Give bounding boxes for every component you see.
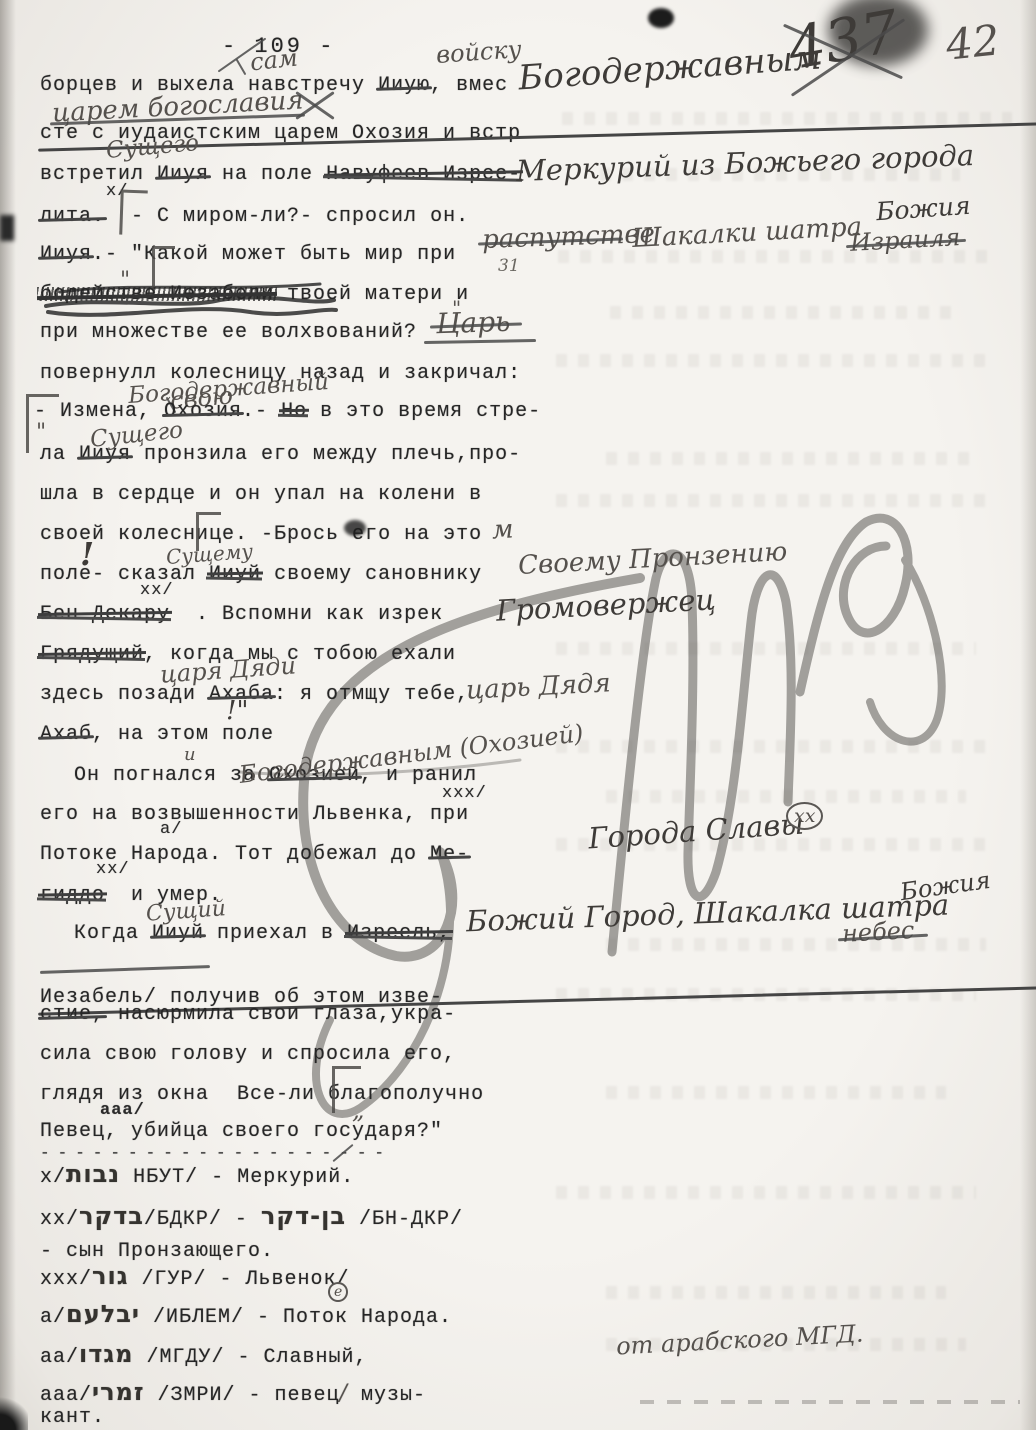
typed-text: , на этом поле [92, 723, 274, 746]
typed-text: : я отмщу тебе, [274, 683, 469, 706]
footnote-line: х/נבות НБУТ/ - Меркурий. [40, 1160, 354, 1189]
struck-word: Изреель, [347, 922, 451, 945]
typed-line: здесь позади Ахаба: я отмщу тебе, [40, 683, 469, 706]
handwritten-slash: / [340, 1381, 348, 1406]
struck-word: Ииуя [40, 243, 92, 266]
struck-word: Ииуй [209, 563, 261, 586]
edge-ink-mark [0, 215, 14, 241]
typed-text: при множестве ее волхвований? [40, 321, 417, 344]
bleedthrough-line [556, 1186, 976, 1199]
typed-line: бодействе Иезабели твоей матери и [40, 283, 469, 306]
bleedthrough-line [556, 642, 976, 655]
hebrew-word: מגדו [79, 1340, 133, 1368]
bleedthrough-line [606, 938, 986, 951]
typed-line: стие, насюрмила свои глаза,укра- [40, 1003, 456, 1026]
bleedthrough-line [556, 494, 996, 507]
hebrew-word: זמרי [92, 1378, 145, 1406]
handwritten-insert: сам [249, 44, 299, 77]
scan-edge-right [1020, 0, 1036, 1430]
footnote-mark: ххх/ [40, 1268, 92, 1291]
underline-stroke [424, 339, 536, 344]
typed-text: приехал в [204, 922, 347, 945]
struck-word: Ме- [430, 843, 469, 866]
handwritten-correction: Божия [875, 191, 971, 227]
scan-corner-dark [0, 1396, 28, 1430]
bleedthrough-line [606, 790, 966, 803]
footnote-mark: х/ [40, 1166, 66, 1189]
bleedthrough-line [556, 740, 986, 753]
footnote-mark: а/ [40, 1306, 66, 1329]
typed-text: встретил [40, 163, 157, 186]
footnote-mark: аа/ [40, 1346, 79, 1369]
typed-text: твоей матери и [274, 283, 469, 306]
footnote-text: /ЗМРИ/ - певец [145, 1384, 340, 1407]
footnote-mark-aaa: ааа/ [100, 1101, 145, 1120]
circled-letter: е [328, 1282, 348, 1302]
handwritten-correction: Громовержец [495, 582, 716, 627]
bleedthrough-line [606, 1086, 946, 1099]
handwritten-insert: и [184, 744, 196, 765]
hebrew-word: גור [92, 1262, 128, 1290]
typed-text: пронзила его между плечь,про- [131, 443, 521, 466]
typed-text: . Вспомни как изрек [170, 603, 443, 626]
footnote-text: /ИБЛЕМ/ - Поток Народа. [140, 1306, 452, 1329]
typed-line: шла в сердце и он упал на колени в [40, 483, 482, 506]
handwritten-note: от арабского МГД. [615, 1320, 864, 1361]
typed-text: сила свою голову и спросила его, [40, 1043, 456, 1066]
handwritten-insert: войску [435, 35, 522, 69]
typed-text: .- [242, 400, 281, 423]
footnote-mark: хх/ [40, 1208, 79, 1231]
ink-blot [648, 8, 674, 28]
typed-text: -Брось его на это [261, 523, 482, 546]
handwritten-word: Божия [898, 866, 992, 906]
typed-text: своему сановнику [261, 563, 482, 586]
typed-text: - С миром-ли?- спросил он. [105, 205, 469, 228]
typed-text: в это время стре- [307, 400, 541, 423]
bleedthrough-line [556, 354, 986, 367]
struck-word: гиддо [40, 884, 105, 907]
typed-line: лита. - С миром-ли?- спросил он. [40, 205, 469, 228]
struck-word: Грядущий [40, 643, 144, 666]
footnote-text: кант. [40, 1406, 105, 1429]
typed-line: сила свою голову и спросила его, [40, 1043, 456, 1066]
typed-line: Когда Ииуй приехал в Изреель, [74, 922, 451, 945]
bleedthrough-line [606, 1286, 946, 1299]
insert-bracket [119, 190, 148, 236]
struck-word: Но [281, 400, 307, 423]
handwritten-correction: Своему Пронзению [517, 537, 788, 581]
typed-text: его на возвышенности Львенка, при [40, 803, 469, 826]
struck-word: стие, [40, 1003, 105, 1026]
page-number-pencil: 42 [944, 15, 1002, 69]
typed-line: его на возвышенности Львенка, при [40, 803, 469, 826]
ink-blot [344, 520, 366, 536]
handwritten-correction: царь Дядя [465, 668, 611, 706]
footnote-line: кант. [40, 1406, 105, 1429]
bleedthrough-line [610, 306, 960, 319]
footnote-mark-a: а/ [160, 820, 182, 839]
handwritten-exclamation: ! [80, 535, 94, 573]
footnote-mark-xx: хх/ [96, 860, 130, 879]
handwritten-exclamation-quote: !" [226, 696, 248, 726]
handwritten-letter: м [491, 514, 514, 545]
hebrew-word: בדקר [79, 1202, 144, 1230]
scratched-words: бодействе Иезабели [40, 283, 274, 306]
typed-text: Певец, убийца своего государя?" [40, 1120, 443, 1143]
typed-line: Ииуя.- "Какой может быть мир при [40, 243, 456, 266]
typed-text: , вмес [430, 74, 508, 97]
footnote-line: - сын Пронзающего. [40, 1240, 274, 1263]
typed-line: Ахаб, на этом поле [40, 723, 274, 746]
handwritten-word-struck: небес [841, 916, 915, 948]
typed-text: Когда [74, 922, 152, 945]
typed-line: своей колеснице. -Брось его на это [40, 523, 482, 546]
strike-line [40, 965, 210, 974]
typed-text: шла в сердце и он упал на колени в [40, 483, 482, 506]
footnote-text: НБУТ/ - Меркурий. [120, 1166, 354, 1189]
footnote-text: /МГДУ/ - Славный, [133, 1346, 367, 1369]
struck-word: Ииую [378, 74, 430, 97]
footnote-line: ххх/גור /ГУР/ - Львенок/ [40, 1262, 349, 1291]
typed-line: при множестве ее волхвований? [40, 321, 417, 344]
struck-word: Бен-Декару [40, 603, 170, 626]
footnote-line: аа/מגדו /МГДУ/ - Славный, [40, 1340, 368, 1369]
footnote-text: /БДКР/ - [144, 1208, 261, 1231]
bleedthrough-dashes [640, 1400, 1020, 1404]
footnote-mark: ааа/ [40, 1384, 92, 1407]
footnote-mark-xxx: ххх/ [442, 784, 487, 803]
struck-words: Навуфеев Изрее- [326, 163, 521, 186]
manuscript-page: - 109 - 437 42 борцев и выхела навстречу… [0, 0, 1036, 1430]
footnote-mark-xx: хх/ [140, 581, 174, 600]
footnote-text: - сын Пронзающего. [40, 1240, 274, 1263]
handwritten-words: Шакалки шатра [631, 212, 862, 254]
typed-line: Певец, убийца своего государя?" [40, 1120, 443, 1143]
footnote-line: ааа/זמרי /ЗМРИ/ - певец/ музы- [40, 1378, 426, 1407]
handwritten-correction: Богодержавным [517, 37, 823, 98]
typed-line: поле- сказал Ииуй своему сановнику [40, 563, 482, 586]
typed-text: ла [40, 443, 79, 466]
typed-line: Бен-Декару . Вспомни как изрек [40, 603, 443, 626]
circled-mark-xx: хх [786, 802, 823, 830]
quote-mark: " [36, 420, 46, 445]
footnote-line: хх/בדקר/БДКР/ - בן-דקר /БН-ДКР/ [40, 1202, 463, 1231]
footnote-text: музы- [348, 1384, 426, 1407]
footnote-text: /ГУР/ - Львенок/ [128, 1268, 349, 1291]
footnote-line: а/יבלעם /ИБЛЕМ/ - Поток Народа. [40, 1300, 452, 1329]
struck-word: Ииуя [157, 163, 209, 186]
footnote-text: /БН-ДКР/ [346, 1208, 463, 1231]
handwritten-word-struck: распутстве [482, 219, 656, 255]
hebrew-word: בן-דקר [261, 1202, 346, 1230]
pencil-number: 31 [498, 256, 520, 276]
hebrew-word: יבלעם [66, 1300, 140, 1328]
typed-text: на поле [209, 163, 326, 186]
insert-caret [236, 59, 247, 76]
typed-text: .- "Какой может быть мир при [92, 243, 456, 266]
struck-word: лита. [40, 205, 105, 228]
hebrew-word: נבות [66, 1160, 120, 1188]
typed-text: насюрмила свои глаза,укра- [105, 1003, 456, 1026]
bleedthrough-line [606, 452, 976, 465]
struck-word: Ахаб [40, 723, 92, 746]
typed-line: - Измена, Охозия.- Но в это время стре- [34, 400, 541, 423]
